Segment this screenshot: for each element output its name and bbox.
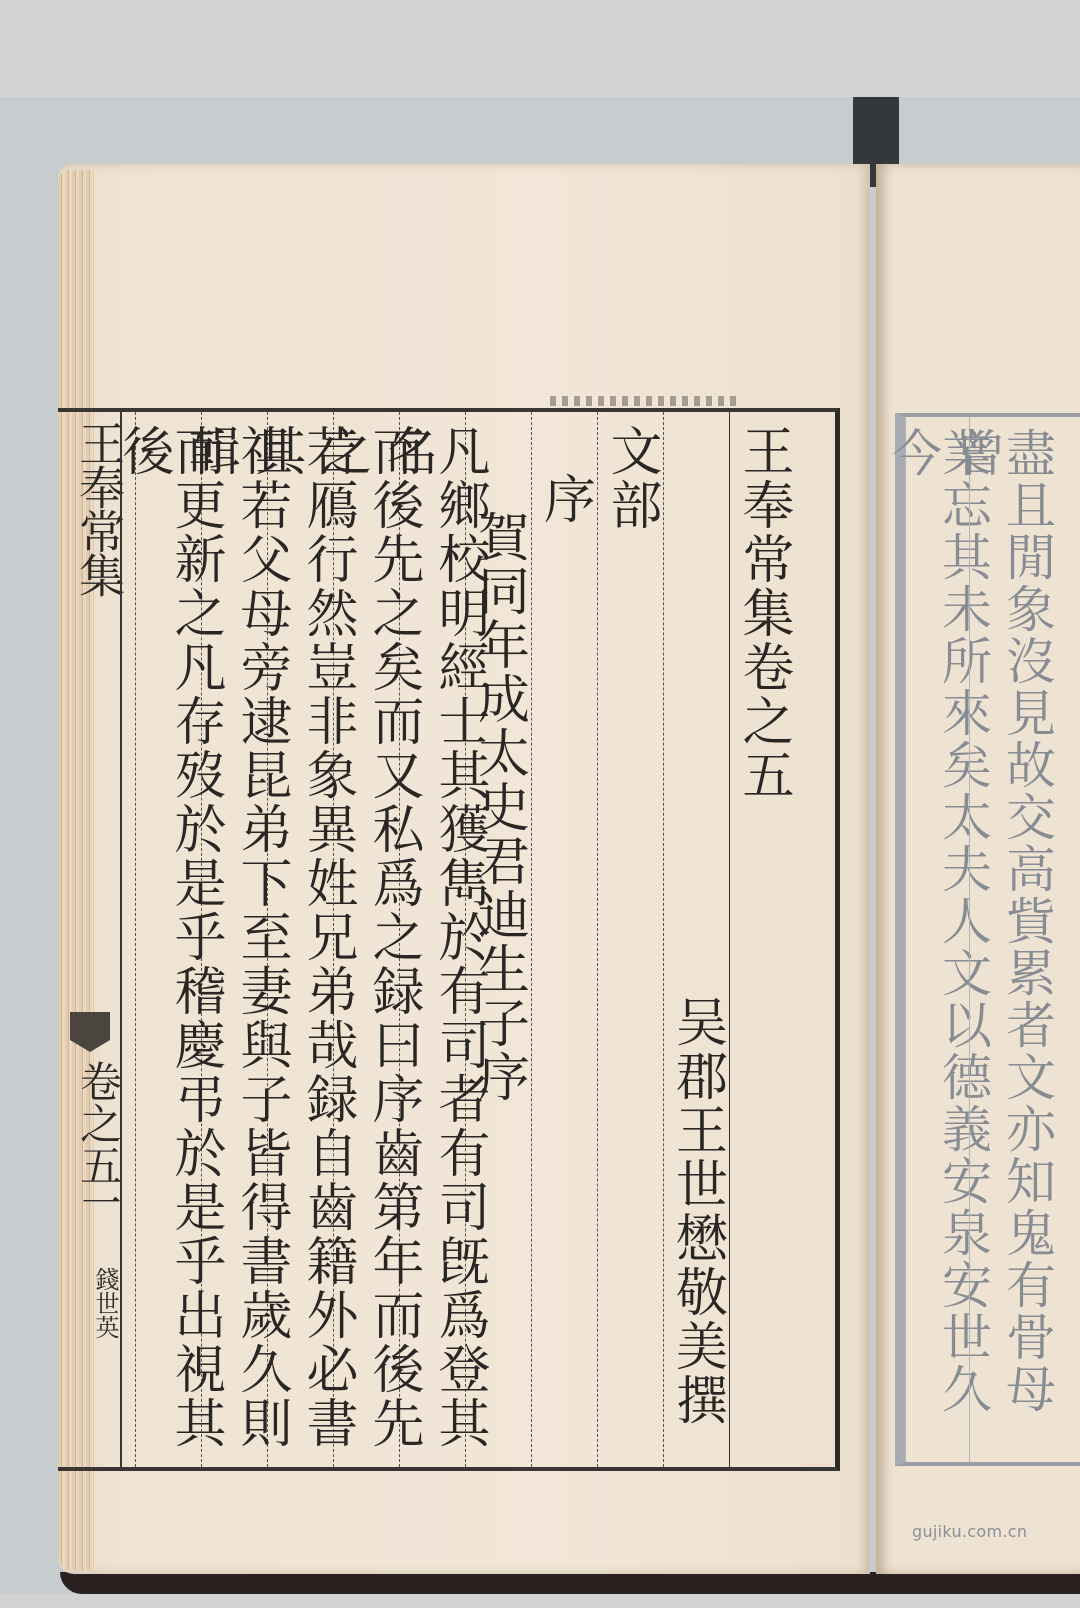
watermark: gujiku.com.cn bbox=[912, 1522, 1027, 1541]
genre-heading: 序 bbox=[539, 472, 591, 526]
volume-title: 王奉常集卷之五 bbox=[737, 424, 789, 802]
column-volume-title: 王奉常集卷之五 bbox=[729, 412, 796, 1467]
body-text: 而更新之凡存歿於是乎稽慶弔於是乎出視其後 bbox=[117, 424, 221, 1467]
column-body-5: 而更新之凡存歿於是乎稽慶弔於是乎出視其後 bbox=[135, 412, 202, 1467]
print-frame: 王奉常集卷之五 吴郡王世懋敬美撰 文部 序 賀同年成太史君迪生子序 凡鄉校明經士… bbox=[120, 408, 840, 1471]
fish-tail-icon bbox=[70, 1012, 110, 1052]
column-section: 文部 bbox=[597, 412, 664, 1467]
banxin-margin: 王奉常集 卷之五 一 錢世英 bbox=[58, 408, 122, 1471]
column-genre: 序 bbox=[531, 412, 597, 1467]
worm-damage-ornament bbox=[550, 396, 740, 406]
column-author: 吴郡王世懋敬美撰 bbox=[663, 412, 729, 1467]
right-page-text: 盡且閒象沒見故交高貲累者文亦知鬼有骨母曾 bbox=[952, 427, 1052, 1462]
right-column-2: 盡且閒象沒見故交高貲累者文亦知鬼有骨母曾 bbox=[969, 417, 1034, 1462]
author-line: 吴郡王世懋敬美撰 bbox=[671, 995, 723, 1427]
book-bottom-shadow bbox=[60, 1572, 1080, 1594]
section-heading: 文部 bbox=[605, 424, 657, 532]
right-page-frame: 業忘其未所來矣太夫人文以德義安泉安世久今 盡且閒象沒見故交高貲累者文亦知鬼有骨母… bbox=[895, 413, 1080, 1466]
